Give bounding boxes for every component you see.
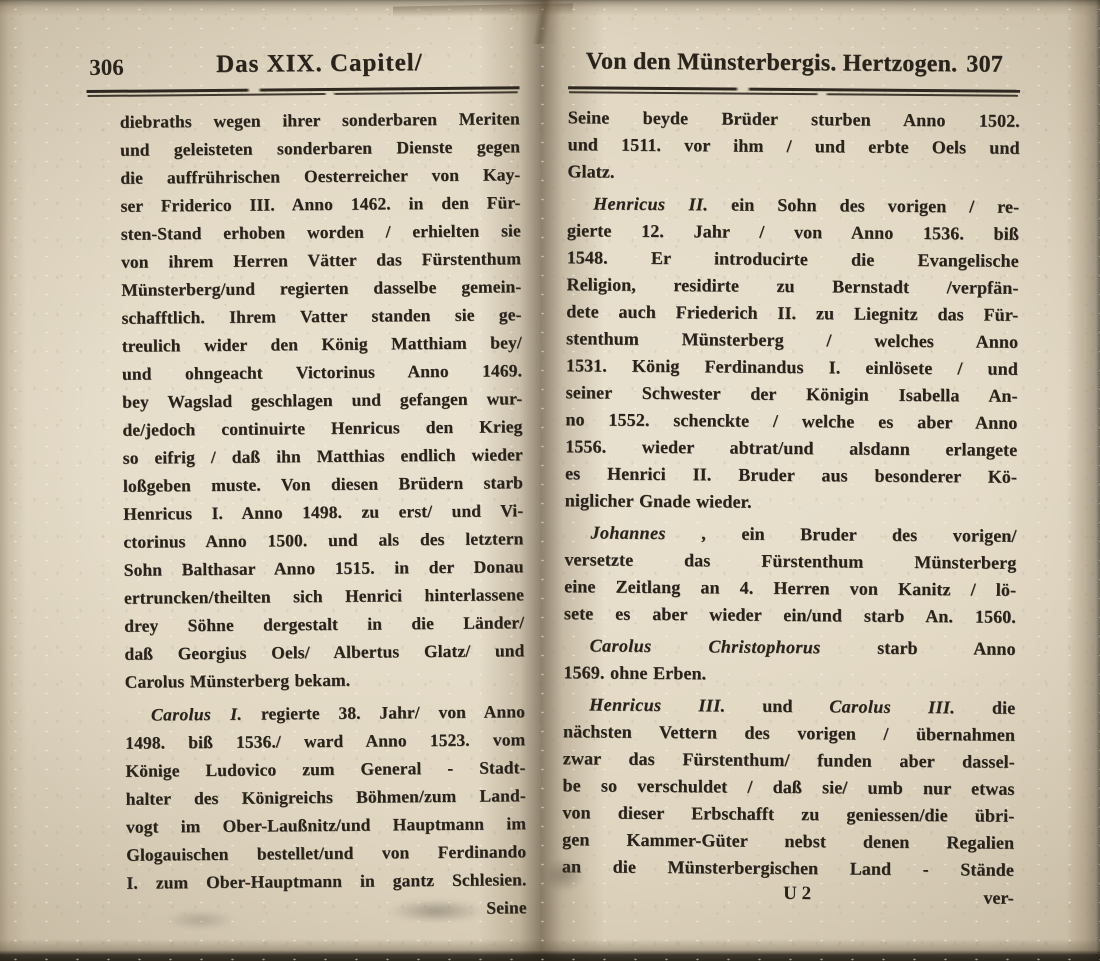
paragraph-lead-line: Henricus II. ein Sohn des vorigen / re- [567,190,1019,221]
right-header-row: Von den Münsterbergis. Hertzogen.307 [568,48,1020,88]
signature-row: U 2 ver- [562,881,1014,912]
text-line: so eifrig / daß ihn Matthias endlich wie… [123,440,523,471]
book-scan: 306 Das XIX. Capitel/ diebraths wegen ih… [0,0,1100,961]
person-name: Carolus I. [151,704,242,725]
text-line: ertruncken/theilten sich Henrici hinterl… [124,580,524,611]
text-line: 1569. ohne Erben. [563,659,1015,690]
running-header-text: Von den Münsterbergis. Hertzogen. [586,48,958,77]
ink-smudge [165,910,235,930]
person-name: Carolus III. [829,696,955,717]
running-header: Das XIX. Capitel/ [119,48,519,79]
text-line: eine Zeitlang an 4. Herren von Kanitz / … [564,573,1016,604]
text-line: nächsten Vettern des vorigen / übernahme… [563,718,1015,749]
text-line: 1548. Er introducirte die Evangelische [567,244,1019,275]
ink-smudge [388,899,484,923]
text-line: Glatz. [567,158,1019,189]
header-rule [87,86,520,100]
header-rule [568,86,1020,100]
text-line: ctorinus Anno 1500. und als des letztern [123,524,523,555]
text-fragment: und [725,695,829,716]
ink-smudge [543,858,585,892]
text-line: Carolus Münsterberg bekam. [125,664,525,695]
text-line: gierte 12. Jahr / von Anno 1536. biß [567,217,1019,248]
text-line: Henricus I. Anno 1498. zu erst/ und Vi- [123,496,523,527]
person-name: Johannes [591,522,666,543]
right-page-body: Seine beyde Brüder sturben Anno 1502. un… [562,104,1020,912]
text-line: und geleisteten sonderbaren Dienste gege… [120,132,520,163]
text-line: daß Georgius Oels/ Albertus Glatz/ und [124,636,524,667]
text-line: sete es aber wieder ein/und starb An. 15… [564,600,1016,631]
text-line: loßgeben muste. Von diesen Brüdern starb [123,468,523,499]
text-line: schafftlich. Ihrem Vatter standen sie ge… [121,300,521,331]
text-fragment: ein Sohn des vorigen / re- [708,194,1019,216]
text-line: de/jedoch continuirte Henricus den Krieg [122,412,522,443]
text-line: Münsterberg/und regierten dasselbe gemei… [121,272,521,303]
text-line: niglicher Gnade wieder. [565,487,1017,518]
text-line: von dieser Erbschafft zu geniessen/die ü… [562,799,1014,830]
text-line: 1531. König Ferdinandus I. einlösete / u… [566,352,1018,383]
person-name: Henricus III. [589,694,725,715]
running-header: Von den Münsterbergis. Hertzogen.307 [568,48,1020,79]
page-number: 307 [966,51,1003,77]
text-line: an die Münsterbergischen Land - Stände [562,853,1014,884]
text-line: halter des Königreichs Böhmen/zum Land- [126,781,526,812]
text-line: Seine beyde Brüder sturben Anno 1502. [568,104,1020,135]
left-page: 306 Das XIX. Capitel/ diebraths wegen ih… [119,48,527,924]
text-line: stenthum Münsterberg / welches Anno [566,325,1018,356]
paragraph-lead-line: Carolus Christophorus starb Anno [564,632,1016,663]
text-line: dete auch Friederich II. zu Liegnitz das… [566,298,1018,329]
right-page: Von den Münsterbergis. Hertzogen.307 Sei… [562,48,1021,912]
text-line: Glogauischen bestellet/und von Ferdinand… [126,837,526,868]
text-fragment: regierte 38. Jahr/ von Anno [242,701,525,723]
text-line: Könige Ludovico zum General - Stadt- [125,753,525,784]
text-line: treulich wider den König Matthiam bey/ [122,328,522,359]
text-line: versetzte das Fürstenthum Münsterberg [564,546,1016,577]
text-line: vogt im Ober-Laußnitz/und Hauptmann im [126,809,526,840]
text-line: be so verschuldet / daß sie/ umb nur etw… [562,772,1014,803]
left-page-body: diebraths wegen ihrer sonderbaren Merite… [120,104,527,924]
text-line: sten-Stand erhoben worden / erhielten si… [121,216,521,247]
paragraph-lead-line: Johannes , ein Bruder des vorigen/ [564,519,1016,550]
text-line: no 1552. schenckte / welche es aber Anno [565,406,1017,437]
left-header-row: 306 Das XIX. Capitel/ [119,48,519,87]
text-line: seiner Schwester der Königin Isabella An… [566,379,1018,410]
text-line: und ohngeacht Victorinus Anno 1469. [122,356,522,387]
text-line: zwar das Fürstenthum/ funden aber dassel… [563,745,1015,776]
text-line: I. zum Ober-Hauptmann in gantz Schlesien… [126,865,526,896]
text-line: von ihrem Herren Vätter das Fürstenthum [121,244,521,275]
person-name: Henricus II. [593,193,708,214]
text-line: es Henrici II. Bruder aus besonderer Kö- [565,460,1017,491]
text-fragment: , ein Bruder des vorigen/ [666,523,1017,546]
text-line: ser Friderico III. Anno 1462. in den Für… [120,188,520,219]
text-line: gen Kammer-Güter nebst denen Regalien [562,826,1014,857]
text-fragment: starb Anno [821,637,1016,659]
text-fragment: die [955,697,1015,717]
text-line: 1498. biß 1536./ ward Anno 1523. vom [125,725,525,756]
text-line: diebraths wegen ihrer sonderbaren Merite… [120,104,520,135]
text-line: Sohn Balthasar Anno 1515. in der Donau [124,552,524,583]
text-line: drey Söhne dergestalt in die Länder/ [124,608,524,639]
paragraph-lead-line: Carolus I. regierte 38. Jahr/ von Anno [125,697,525,728]
paragraph-lead-line: Henricus III. und Carolus III. die [563,691,1015,722]
text-line: und 1511. vor ihm / und erbte Oels und [568,131,1020,162]
person-name: Carolus Christophorus [590,635,821,657]
page-number: 306 [89,55,124,81]
text-line: bey Wagslad geschlagen und gefangen wur- [122,384,522,415]
text-line: die auffrührischen Oesterreicher von Kay… [120,160,520,191]
text-line: 1556. wieder abtrat/und alsdann erlanget… [565,433,1017,464]
text-line: Religion, residirte zu Bernstadt /verpfä… [566,271,1018,302]
gutter-crease [519,0,567,44]
signature-mark: U 2 [783,883,811,905]
